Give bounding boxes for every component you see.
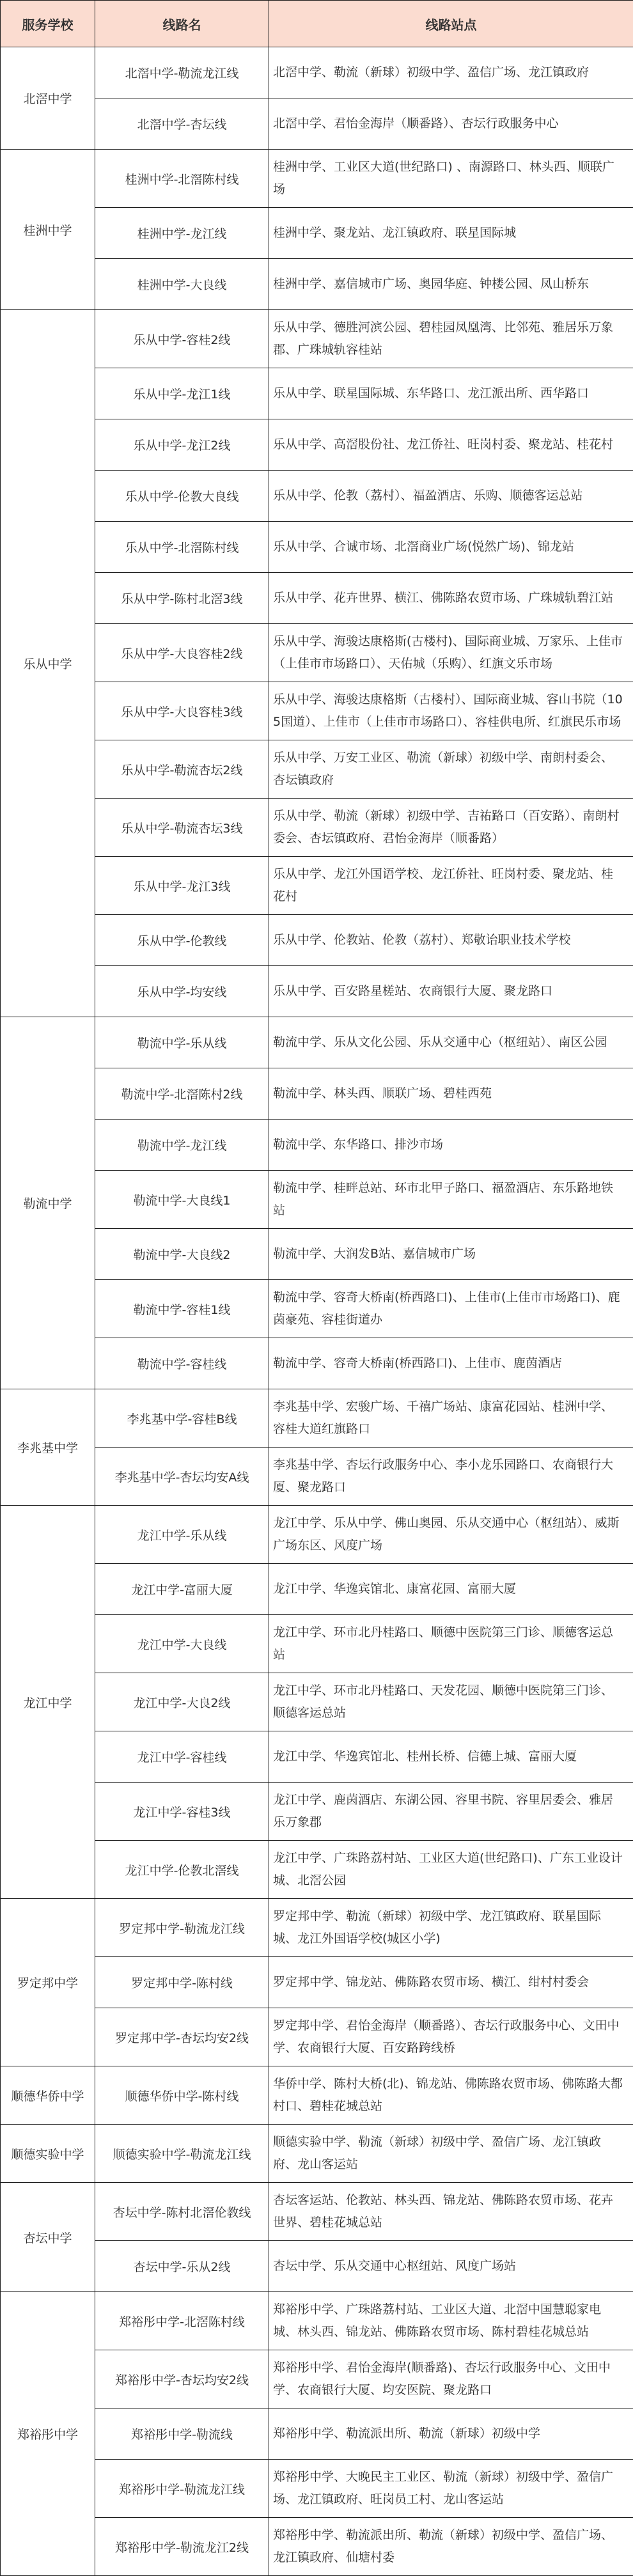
route-stops-cell: 乐从中学、联星国际城、东华路口、龙江派出所、西华路口 <box>269 368 633 419</box>
route-stops-cell: 龙江中学、环市北丹桂路口、顺德中医院第三门诊、顺德客运总站 <box>269 1615 633 1673</box>
table-row: 乐从中学-大良容桂3线乐从中学、海骏达康格斯（古楼村）、国际商业城、容山书院（1… <box>1 682 633 740</box>
route-name-cell: 郑裕彤中学-勒流龙江2线 <box>95 2518 269 2576</box>
route-stops-cell: 乐从中学、龙江外国语学校、龙江侨社、旺岗村委、聚龙站、桂花村 <box>269 857 633 915</box>
school-name-cell: 郑裕彤中学 <box>1 2292 95 2576</box>
route-stops-cell: 勒流中学、容奇大桥南(桥西路口)、上佳市、鹿茵酒店 <box>269 1338 633 1389</box>
school-name-cell: 杏坛中学 <box>1 2183 95 2292</box>
table-row: 乐从中学-伦教大良线乐从中学、伦教（荔村）、福盈酒店、乐购、顺德客运总站 <box>1 471 633 522</box>
route-name-cell: 龙江中学-容桂3线 <box>95 1783 269 1841</box>
route-stops-cell: 乐从中学、百安路星槎站、农商银行大厦、聚龙路口 <box>269 966 633 1017</box>
table-row: 乐从中学-龙江3线乐从中学、龙江外国语学校、龙江侨社、旺岗村委、聚龙站、桂花村 <box>1 857 633 915</box>
table-row: 乐从中学-勒流杏坛2线乐从中学、万安工业区、勒流（新球）初级中学、南朗村委会、杏… <box>1 740 633 799</box>
route-name-cell: 李兆基中学-容桂B线 <box>95 1389 269 1448</box>
route-stops-cell: 桂洲中学、工业区大道(世纪路口) 、南源路口、林头西、顺联广场 <box>269 150 633 208</box>
table-row: 勒流中学-龙江线勒流中学、东华路口、排沙市场 <box>1 1120 633 1171</box>
route-stops-cell: 乐从中学、高滘股份社、龙江侨社、旺岗村委、聚龙站、桂花村 <box>269 419 633 471</box>
table-row: 北滘中学北滘中学-勒流龙江线北滘中学、勒流（新球）初级中学、盈信广场、龙江镇政府 <box>1 47 633 98</box>
table-row: 勒流中学勒流中学-乐从线勒流中学、乐从文化公园、乐从交通中心（枢纽站）、南区公园 <box>1 1017 633 1068</box>
table-row: 郑裕彤中学-勒流龙江2线郑裕彤中学、勒流派出所、勒流（新球）初级中学、盈信广场、… <box>1 2518 633 2576</box>
school-name-cell: 李兆基中学 <box>1 1389 95 1506</box>
route-name-cell: 罗定邦中学-勒流龙江线 <box>95 1899 269 1957</box>
route-stops-cell: 北滘中学、君怡金海岸（顺番路）、杏坛行政服务中心 <box>269 98 633 150</box>
route-stops-cell: 华侨中学、陈村大桥(北)、锦龙站、佛陈路农贸市场、佛陈路大都村口、碧桂花城总站 <box>269 2066 633 2125</box>
route-name-cell: 李兆基中学-杏坛均安A线 <box>95 1448 269 1506</box>
table-row: 顺德华侨中学顺德华侨中学-陈村线华侨中学、陈村大桥(北)、锦龙站、佛陈路农贸市场… <box>1 2066 633 2125</box>
table-row: 龙江中学-富丽大厦龙江中学、华逸宾馆北、康富花园、富丽大厦 <box>1 1564 633 1615</box>
route-stops-cell: 顺德实验中学、勒流（新球）初级中学、盈信广场、龙江镇政府、龙山客运站 <box>269 2125 633 2183</box>
route-stops-cell: 勒流中学、大润发B站、嘉信城市广场 <box>269 1229 633 1280</box>
route-table-body: 北滘中学北滘中学-勒流龙江线北滘中学、勒流（新球）初级中学、盈信广场、龙江镇政府… <box>1 47 633 2576</box>
school-name-cell: 龙江中学 <box>1 1506 95 1899</box>
table-row: 李兆基中学李兆基中学-容桂B线李兆基中学、宏骏广场、千禧广场站、康富花园站、桂洲… <box>1 1389 633 1448</box>
school-name-cell: 北滘中学 <box>1 47 95 150</box>
route-name-cell: 郑裕彤中学-勒流龙江线 <box>95 2460 269 2518</box>
school-name-cell: 顺德实验中学 <box>1 2125 95 2183</box>
route-name-cell: 龙江中学-容桂线 <box>95 1731 269 1783</box>
route-name-cell: 乐从中学-龙江2线 <box>95 419 269 471</box>
route-stops-cell: 勒流中学、东华路口、排沙市场 <box>269 1120 633 1171</box>
route-name-cell: 龙江中学-乐从线 <box>95 1506 269 1564</box>
table-row: 桂洲中学-龙江线桂洲中学、聚龙站、龙江镇政府、联星国际城 <box>1 208 633 259</box>
route-name-cell: 乐从中学-龙江3线 <box>95 857 269 915</box>
route-name-cell: 北滘中学-杏坛线 <box>95 98 269 150</box>
route-name-cell: 乐从中学-大良容桂2线 <box>95 624 269 682</box>
table-row: 罗定邦中学-陈村线罗定邦中学、锦龙站、佛陈路农贸市场、横江、绀村村委会 <box>1 1957 633 2008</box>
route-stops-cell: 罗定邦中学、锦龙站、佛陈路农贸市场、横江、绀村村委会 <box>269 1957 633 2008</box>
route-name-cell: 勒流中学-大良线1 <box>95 1171 269 1229</box>
route-stops-cell: 龙江中学、华逸宾馆北、桂州长桥、信德上城、富丽大厦 <box>269 1731 633 1783</box>
route-stops-cell: 龙江中学、鹿茵酒店、东湖公园、容里书院、容里居委会、雅居乐万象郡 <box>269 1783 633 1841</box>
table-row: 勒流中学-大良线1勒流中学、桂畔总站、环市北甲子路口、福盈酒店、东乐路地铁站 <box>1 1171 633 1229</box>
route-stops-cell: 郑裕彤中学、君怡金海岸(顺番路)、杏坛行政服务中心、文田中学、农商银行大厦、均安… <box>269 2350 633 2408</box>
table-row: 乐从中学-大良容桂2线乐从中学、海骏达康格斯(古楼村)、国际商业城、万家乐、上佳… <box>1 624 633 682</box>
route-stops-cell: 龙江中学、华逸宾馆北、康富花园、富丽大厦 <box>269 1564 633 1615</box>
route-stops-cell: 乐从中学、海骏达康格斯（古楼村）、国际商业城、容山书院（105国道）、上佳市（上… <box>269 682 633 740</box>
route-name-cell: 杏坛中学-陈村北滘伦教线 <box>95 2183 269 2241</box>
route-stops-cell: 罗定邦中学、勒流（新球）初级中学、龙江镇政府、联星国际城、龙江外国语学校(城区小… <box>269 1899 633 1957</box>
table-row: 罗定邦中学-杏坛均安2线罗定邦中学、君怡金海岸（顺番路）、杏坛行政服务中心、文田… <box>1 2008 633 2066</box>
table-row: 龙江中学-容桂3线龙江中学、鹿茵酒店、东湖公园、容里书院、容里居委会、雅居乐万象… <box>1 1783 633 1841</box>
table-row: 乐从中学乐从中学-容桂2线乐从中学、德胜河滨公园、碧桂园凤凰湾、比邻苑、雅居乐万… <box>1 310 633 368</box>
table-row: 乐从中学-勒流杏坛3线乐从中学、勒流（新球）初级中学、吉祐路口（百安路）、南朗村… <box>1 799 633 857</box>
route-name-cell: 龙江中学-大良2线 <box>95 1673 269 1731</box>
table-row: 勒流中学-大良线2勒流中学、大润发B站、嘉信城市广场 <box>1 1229 633 1280</box>
route-name-cell: 龙江中学-大良线 <box>95 1615 269 1673</box>
route-stops-cell: 龙江中学、广珠路荔村站、工业区大道(世纪路口)、广东工业设计城、北滘公园 <box>269 1841 633 1899</box>
table-row: 勒流中学-容桂线勒流中学、容奇大桥南(桥西路口)、上佳市、鹿茵酒店 <box>1 1338 633 1389</box>
route-name-cell: 龙江中学-伦教北滘线 <box>95 1841 269 1899</box>
table-row: 乐从中学-龙江2线乐从中学、高滘股份社、龙江侨社、旺岗村委、聚龙站、桂花村 <box>1 419 633 471</box>
table-row: 北滘中学-杏坛线北滘中学、君怡金海岸（顺番路）、杏坛行政服务中心 <box>1 98 633 150</box>
route-name-cell: 勒流中学-大良线2 <box>95 1229 269 1280</box>
route-stops-cell: 乐从中学、伦教站、伦教（荔村）、郑敬诒职业技术学校 <box>269 915 633 966</box>
route-name-cell: 罗定邦中学-杏坛均安2线 <box>95 2008 269 2066</box>
school-name-cell: 顺德华侨中学 <box>1 2066 95 2125</box>
table-row: 顺德实验中学顺德实验中学-勒流龙江线顺德实验中学、勒流（新球）初级中学、盈信广场… <box>1 2125 633 2183</box>
table-row: 乐从中学-陈村北滘3线乐从中学、花卉世界、横江、佛陈路农贸市场、广珠城轨碧江站 <box>1 573 633 624</box>
route-stops-cell: 桂洲中学、嘉信城市广场、奥园华庭、钟楼公园、凤山桥东 <box>269 259 633 310</box>
route-name-cell: 北滘中学-勒流龙江线 <box>95 47 269 98</box>
route-stops-cell: 桂洲中学、聚龙站、龙江镇政府、联星国际城 <box>269 208 633 259</box>
route-stops-cell: 郑裕彤中学、勒流派出所、勒流（新球）初级中学、盈信广场、龙江镇政府、仙塘村委 <box>269 2518 633 2576</box>
route-name-cell: 桂洲中学-大良线 <box>95 259 269 310</box>
route-name-cell: 勒流中学-容桂线 <box>95 1338 269 1389</box>
route-stops-cell: 龙江中学、环市北丹桂路口、天发花园、顺德中医院第三门诊、顺德客运总站 <box>269 1673 633 1731</box>
route-name-cell: 乐从中学-勒流杏坛3线 <box>95 799 269 857</box>
school-name-cell: 乐从中学 <box>1 310 95 1017</box>
route-name-cell: 乐从中学-陈村北滘3线 <box>95 573 269 624</box>
header-school-column: 服务学校 <box>1 1 95 47</box>
route-name-cell: 乐从中学-大良容桂3线 <box>95 682 269 740</box>
table-row: 乐从中学-伦教线乐从中学、伦教站、伦教（荔村）、郑敬诒职业技术学校 <box>1 915 633 966</box>
route-stops-cell: 乐从中学、勒流（新球）初级中学、吉祐路口（百安路）、南朗村委会、杏坛镇政府、君怡… <box>269 799 633 857</box>
route-stops-cell: 北滘中学、勒流（新球）初级中学、盈信广场、龙江镇政府 <box>269 47 633 98</box>
route-name-cell: 郑裕彤中学-勒流线 <box>95 2408 269 2460</box>
table-row: 罗定邦中学罗定邦中学-勒流龙江线罗定邦中学、勒流（新球）初级中学、龙江镇政府、联… <box>1 1899 633 1957</box>
table-row: 勒流中学-北滘陈村2线勒流中学、林头西、顺联广场、碧桂西苑 <box>1 1068 633 1120</box>
route-name-cell: 乐从中学-勒流杏坛2线 <box>95 740 269 799</box>
route-name-cell: 顺德华侨中学-陈村线 <box>95 2066 269 2125</box>
route-name-cell: 郑裕彤中学-杏坛均安2线 <box>95 2350 269 2408</box>
route-stops-cell: 乐从中学、花卉世界、横江、佛陈路农贸市场、广珠城轨碧江站 <box>269 573 633 624</box>
table-header: 服务学校 线路名 线路站点 <box>1 1 633 47</box>
route-name-cell: 乐从中学-容桂2线 <box>95 310 269 368</box>
route-name-cell: 郑裕彤中学-北滘陈村线 <box>95 2292 269 2350</box>
table-row: 郑裕彤中学-勒流龙江线郑裕彤中学、大晚民主工业区、勒流（新球）初级中学、盈信广场… <box>1 2460 633 2518</box>
route-name-cell: 桂洲中学-龙江线 <box>95 208 269 259</box>
route-name-cell: 乐从中学-伦教大良线 <box>95 471 269 522</box>
table-row: 龙江中学-容桂线龙江中学、华逸宾馆北、桂州长桥、信德上城、富丽大厦 <box>1 1731 633 1783</box>
route-name-cell: 乐从中学-龙江1线 <box>95 368 269 419</box>
school-bus-route-table: 服务学校 线路名 线路站点 北滘中学北滘中学-勒流龙江线北滘中学、勒流（新球）初… <box>0 0 633 2576</box>
table-row: 乐从中学-龙江1线乐从中学、联星国际城、东华路口、龙江派出所、西华路口 <box>1 368 633 419</box>
table-row: 桂洲中学-大良线桂洲中学、嘉信城市广场、奥园华庭、钟楼公园、凤山桥东 <box>1 259 633 310</box>
table-row: 乐从中学-均安线乐从中学、百安路星槎站、农商银行大厦、聚龙路口 <box>1 966 633 1017</box>
route-stops-cell: 郑裕彤中学、广珠路荔村站、工业区大道、北滘中国慧聪家电城、林头西、锦龙站、佛陈路… <box>269 2292 633 2350</box>
route-stops-cell: 乐从中学、海骏达康格斯(古楼村)、国际商业城、万家乐、上佳市（上佳市市场路口）、… <box>269 624 633 682</box>
table-row: 龙江中学-伦教北滘线龙江中学、广珠路荔村站、工业区大道(世纪路口)、广东工业设计… <box>1 1841 633 1899</box>
table-row: 勒流中学-容桂1线勒流中学、容奇大桥南(桥西路口)、上佳市(上佳市市场路口)、鹿… <box>1 1280 633 1338</box>
route-name-cell: 桂洲中学-北滘陈村线 <box>95 150 269 208</box>
route-stops-cell: 杏坛客运站、伦教站、林头西、锦龙站、佛陈路农贸市场、花卉世界、碧桂花城总站 <box>269 2183 633 2241</box>
route-name-cell: 乐从中学-伦教线 <box>95 915 269 966</box>
route-stops-cell: 乐从中学、万安工业区、勒流（新球）初级中学、南朗村委会、杏坛镇政府 <box>269 740 633 799</box>
header-route-name-column: 线路名 <box>95 1 269 47</box>
route-stops-cell: 罗定邦中学、君怡金海岸（顺番路）、杏坛行政服务中心、文田中学、农商银行大厦、百安… <box>269 2008 633 2066</box>
school-name-cell: 勒流中学 <box>1 1017 95 1389</box>
table-row: 郑裕彤中学-勒流线郑裕彤中学、勒流派出所、勒流（新球）初级中学 <box>1 2408 633 2460</box>
route-name-cell: 罗定邦中学-陈村线 <box>95 1957 269 2008</box>
table-row: 杏坛中学杏坛中学-陈村北滘伦教线杏坛客运站、伦教站、林头西、锦龙站、佛陈路农贸市… <box>1 2183 633 2241</box>
route-stops-cell: 勒流中学、林头西、顺联广场、碧桂西苑 <box>269 1068 633 1120</box>
table-row: 龙江中学龙江中学-乐从线龙江中学、乐从中学、佛山奥园、乐从交通中心（枢纽站）、威… <box>1 1506 633 1564</box>
table-row: 郑裕彤中学-杏坛均安2线郑裕彤中学、君怡金海岸(顺番路)、杏坛行政服务中心、文田… <box>1 2350 633 2408</box>
route-stops-cell: 乐从中学、合诚市场、北滘商业广场(悦然广场)、锦龙站 <box>269 522 633 573</box>
route-name-cell: 乐从中学-北滘陈村线 <box>95 522 269 573</box>
table-row: 龙江中学-大良2线龙江中学、环市北丹桂路口、天发花园、顺德中医院第三门诊、顺德客… <box>1 1673 633 1731</box>
school-name-cell: 罗定邦中学 <box>1 1899 95 2066</box>
route-stops-cell: 郑裕彤中学、大晚民主工业区、勒流（新球）初级中学、盈信广场、龙江镇政府、旺岗员工… <box>269 2460 633 2518</box>
route-stops-cell: 勒流中学、乐从文化公园、乐从交通中心（枢纽站）、南区公园 <box>269 1017 633 1068</box>
route-name-cell: 勒流中学-乐从线 <box>95 1017 269 1068</box>
route-stops-cell: 龙江中学、乐从中学、佛山奥园、乐从交通中心（枢纽站）、威斯广场东区、风度广场 <box>269 1506 633 1564</box>
route-name-cell: 龙江中学-富丽大厦 <box>95 1564 269 1615</box>
table-row: 桂洲中学桂洲中学-北滘陈村线桂洲中学、工业区大道(世纪路口) 、南源路口、林头西… <box>1 150 633 208</box>
table-row: 龙江中学-大良线龙江中学、环市北丹桂路口、顺德中医院第三门诊、顺德客运总站 <box>1 1615 633 1673</box>
route-stops-cell: 勒流中学、桂畔总站、环市北甲子路口、福盈酒店、东乐路地铁站 <box>269 1171 633 1229</box>
route-name-cell: 勒流中学-北滘陈村2线 <box>95 1068 269 1120</box>
route-name-cell: 勒流中学-容桂1线 <box>95 1280 269 1338</box>
table-row: 乐从中学-北滘陈村线乐从中学、合诚市场、北滘商业广场(悦然广场)、锦龙站 <box>1 522 633 573</box>
header-stops-column: 线路站点 <box>269 1 633 47</box>
table-row: 郑裕彤中学郑裕彤中学-北滘陈村线郑裕彤中学、广珠路荔村站、工业区大道、北滘中国慧… <box>1 2292 633 2350</box>
header-row: 服务学校 线路名 线路站点 <box>1 1 633 47</box>
route-name-cell: 顺德实验中学-勒流龙江线 <box>95 2125 269 2183</box>
route-name-cell: 乐从中学-均安线 <box>95 966 269 1017</box>
route-stops-cell: 乐从中学、德胜河滨公园、碧桂园凤凰湾、比邻苑、雅居乐万象郡、广珠城轨容桂站 <box>269 310 633 368</box>
route-stops-cell: 勒流中学、容奇大桥南(桥西路口)、上佳市(上佳市市场路口)、鹿茵豪苑、容桂街道办 <box>269 1280 633 1338</box>
route-stops-cell: 郑裕彤中学、勒流派出所、勒流（新球）初级中学 <box>269 2408 633 2460</box>
route-name-cell: 勒流中学-龙江线 <box>95 1120 269 1171</box>
school-name-cell: 桂洲中学 <box>1 150 95 310</box>
route-stops-cell: 乐从中学、伦教（荔村）、福盈酒店、乐购、顺德客运总站 <box>269 471 633 522</box>
table-row: 李兆基中学-杏坛均安A线李兆基中学、杏坛行政服务中心、李小龙乐园路口、农商银行大… <box>1 1448 633 1506</box>
route-stops-cell: 李兆基中学、杏坛行政服务中心、李小龙乐园路口、农商银行大厦、聚龙路口 <box>269 1448 633 1506</box>
route-stops-cell: 李兆基中学、宏骏广场、千禧广场站、康富花园站、桂洲中学、容桂大道红旗路口 <box>269 1389 633 1448</box>
